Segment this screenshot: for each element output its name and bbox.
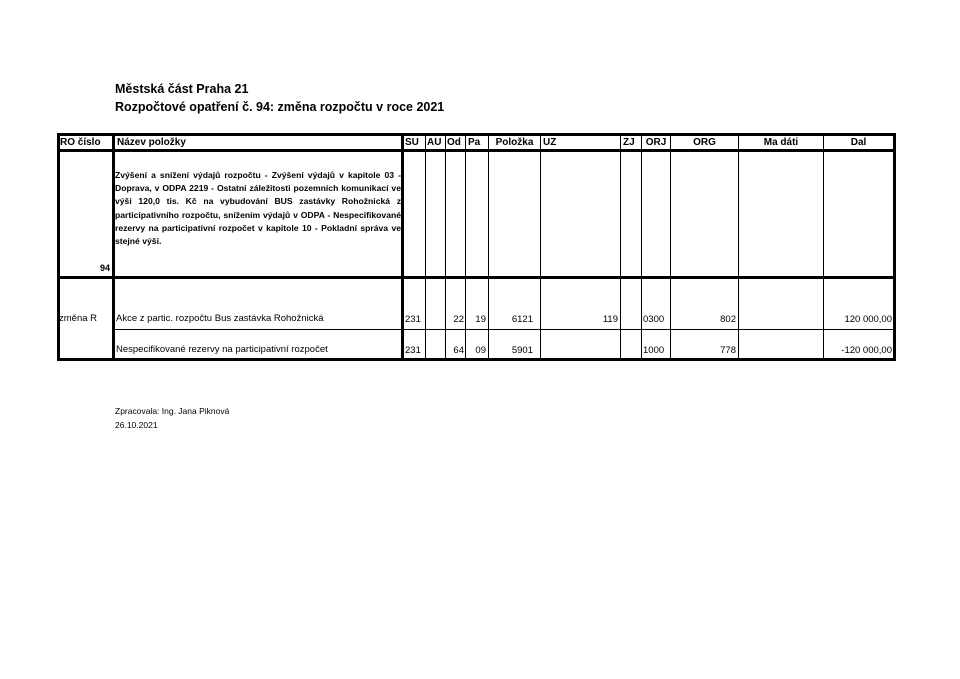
row2-org: 778	[671, 345, 736, 357]
description-bottom-border	[57, 276, 896, 279]
header-su: SU	[405, 137, 419, 149]
header-bottom-border	[57, 149, 896, 152]
table-right-border	[893, 133, 896, 361]
header-uz: UZ	[543, 137, 556, 149]
row1-org: 802	[671, 314, 736, 326]
col-divider	[425, 133, 426, 361]
col-divider	[465, 133, 466, 361]
col-divider	[738, 133, 739, 361]
header-org: ORG	[671, 137, 738, 149]
row1-pa: 19	[466, 314, 486, 326]
col-divider	[445, 133, 446, 361]
row2-su: 231	[405, 345, 421, 357]
col-divider	[620, 133, 621, 361]
row1-ro-cislo: změna R	[59, 313, 97, 325]
header-dal: Dal	[824, 137, 893, 149]
header-ma-dati: Ma dáti	[739, 137, 823, 149]
budget-table: RO číslo Název položky SU AU Od Pa Polož…	[57, 133, 896, 361]
description-ro-number: 94	[60, 262, 110, 274]
header-zj: ZJ	[623, 137, 635, 149]
header-polozka: Položka	[489, 137, 540, 149]
col-divider	[488, 133, 489, 361]
header-orj: ORJ	[642, 137, 670, 149]
row2-polozka: 5901	[489, 345, 533, 357]
table-bottom-border	[57, 358, 896, 361]
col-divider	[670, 133, 671, 361]
row2-dal: -120 000,00	[824, 345, 892, 357]
header-nazev-polozky: Název položky	[117, 137, 186, 149]
header-ro-cislo: RO číslo	[60, 137, 101, 149]
col-divider	[641, 133, 642, 361]
row1-polozka: 6121	[489, 314, 533, 326]
col-divider	[823, 133, 824, 361]
col-divider	[540, 133, 541, 361]
row1-nazev: Akce z partic. rozpočtu Bus zastávka Roh…	[116, 313, 324, 325]
document-date: 26.10.2021	[115, 420, 158, 430]
row1-uz: 119	[541, 314, 618, 326]
row1-dal: 120 000,00	[824, 314, 892, 326]
header-au: AU	[427, 137, 441, 149]
prepared-by: Zpracovala: Ing. Jana Piknová	[115, 406, 229, 416]
document-title-municipality: Městská část Praha 21	[115, 82, 248, 96]
row2-pa: 09	[466, 345, 486, 357]
row1-orj: 0300	[643, 314, 664, 326]
table-top-border	[57, 133, 896, 136]
table-left-border	[57, 133, 60, 361]
row2-orj: 1000	[643, 345, 664, 357]
row2-nazev: Nespecifikované rezervy na participativn…	[116, 344, 328, 356]
row-divider	[113, 329, 896, 330]
row1-od: 22	[446, 314, 464, 326]
header-pa: Pa	[468, 137, 480, 149]
header-od: Od	[447, 137, 461, 149]
document-title-budget-measure: Rozpočtové opatření č. 94: změna rozpočt…	[115, 100, 444, 114]
row1-su: 231	[405, 314, 421, 326]
row2-od: 64	[446, 345, 464, 357]
description-text: Zvýšení a snížení výdajů rozpočtu - Zvýš…	[115, 169, 401, 248]
col-divider	[401, 133, 404, 361]
